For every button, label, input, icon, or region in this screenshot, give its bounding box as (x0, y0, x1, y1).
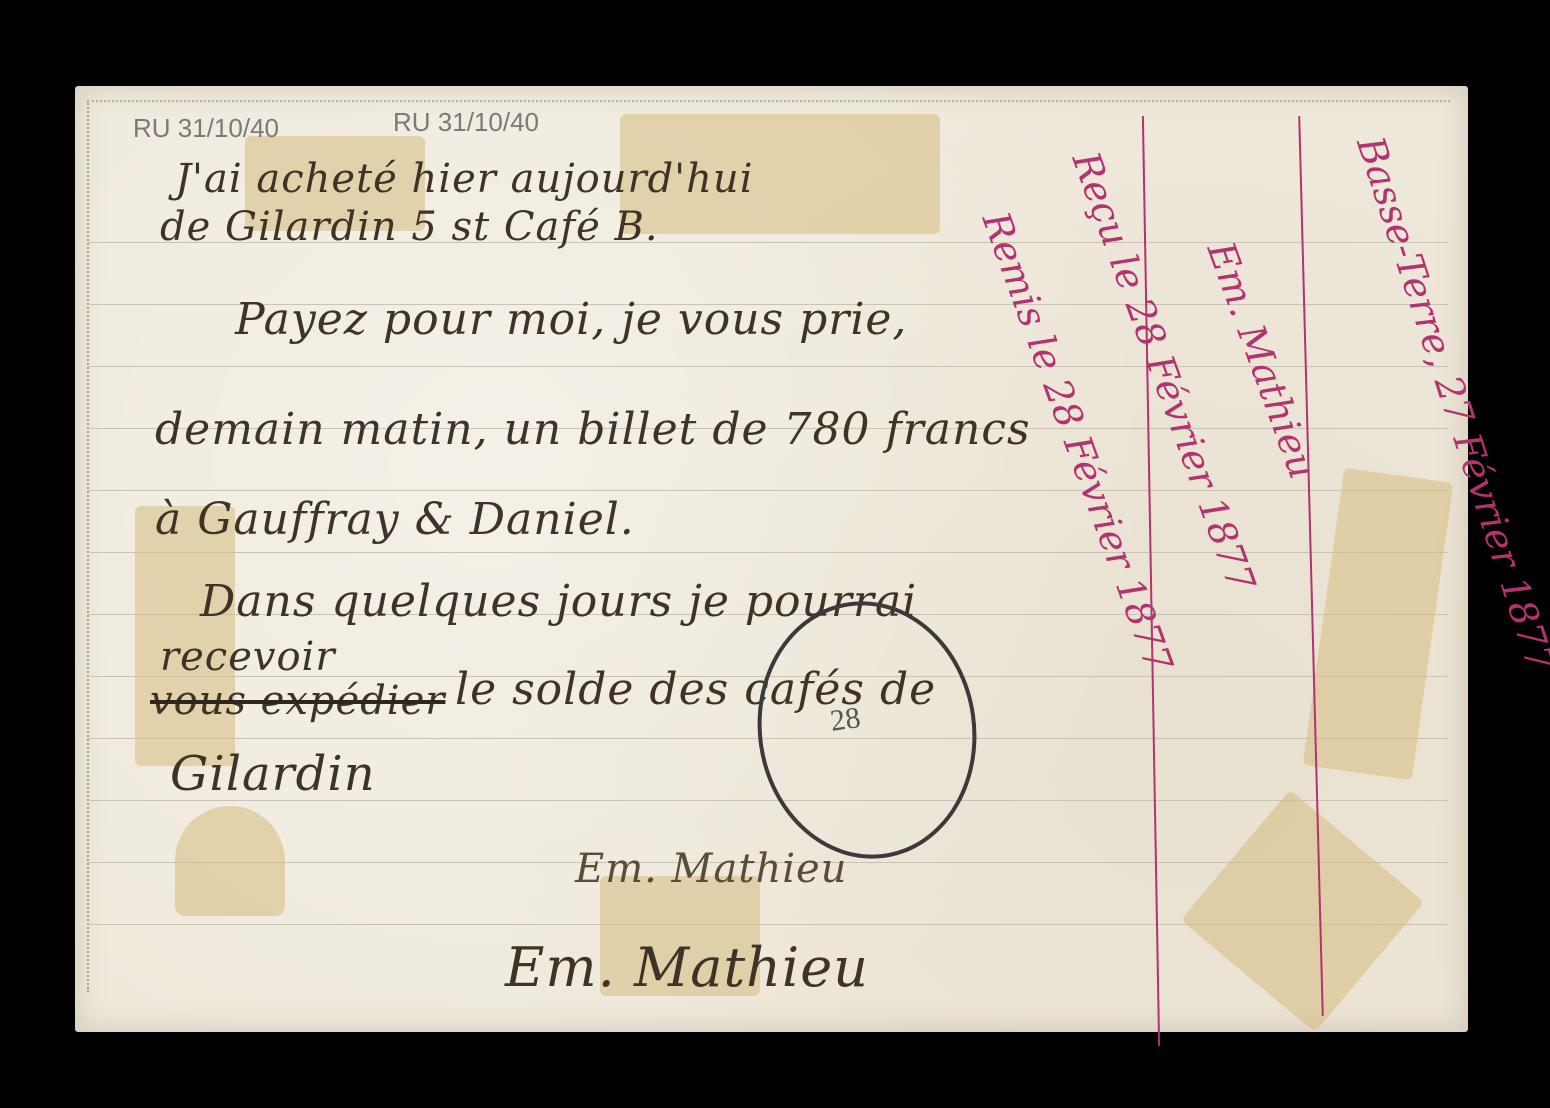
postcard: RU 31/10/40 RU 31/10/40 J'ai acheté hier… (75, 86, 1468, 1032)
pencil-mark: RU 31/10/40 (133, 114, 279, 142)
struck-line: vous expédier (150, 678, 445, 724)
signature: Em. Mathieu (505, 936, 869, 999)
tape-patch (175, 806, 285, 916)
pencil-mark: RU 31/10/40 (393, 108, 539, 136)
postmark-text: 28 (828, 701, 862, 739)
letter-line: Payez pour moi, je vous prie, (235, 294, 907, 345)
letter-line: à Gauffray & Daniel. (155, 494, 635, 545)
ruled-line (87, 490, 1448, 491)
letter-line: de Gilardin 5 st Café B. (160, 204, 659, 250)
letter-line: demain matin, un billet de 780 francs (155, 404, 1031, 455)
letter-line: J'ai acheté hier aujourd'hui (175, 156, 754, 202)
signature-light: Em. Mathieu (575, 846, 847, 892)
letter-line: recevoir (160, 634, 335, 680)
letter-line: Gilardin (170, 746, 376, 802)
